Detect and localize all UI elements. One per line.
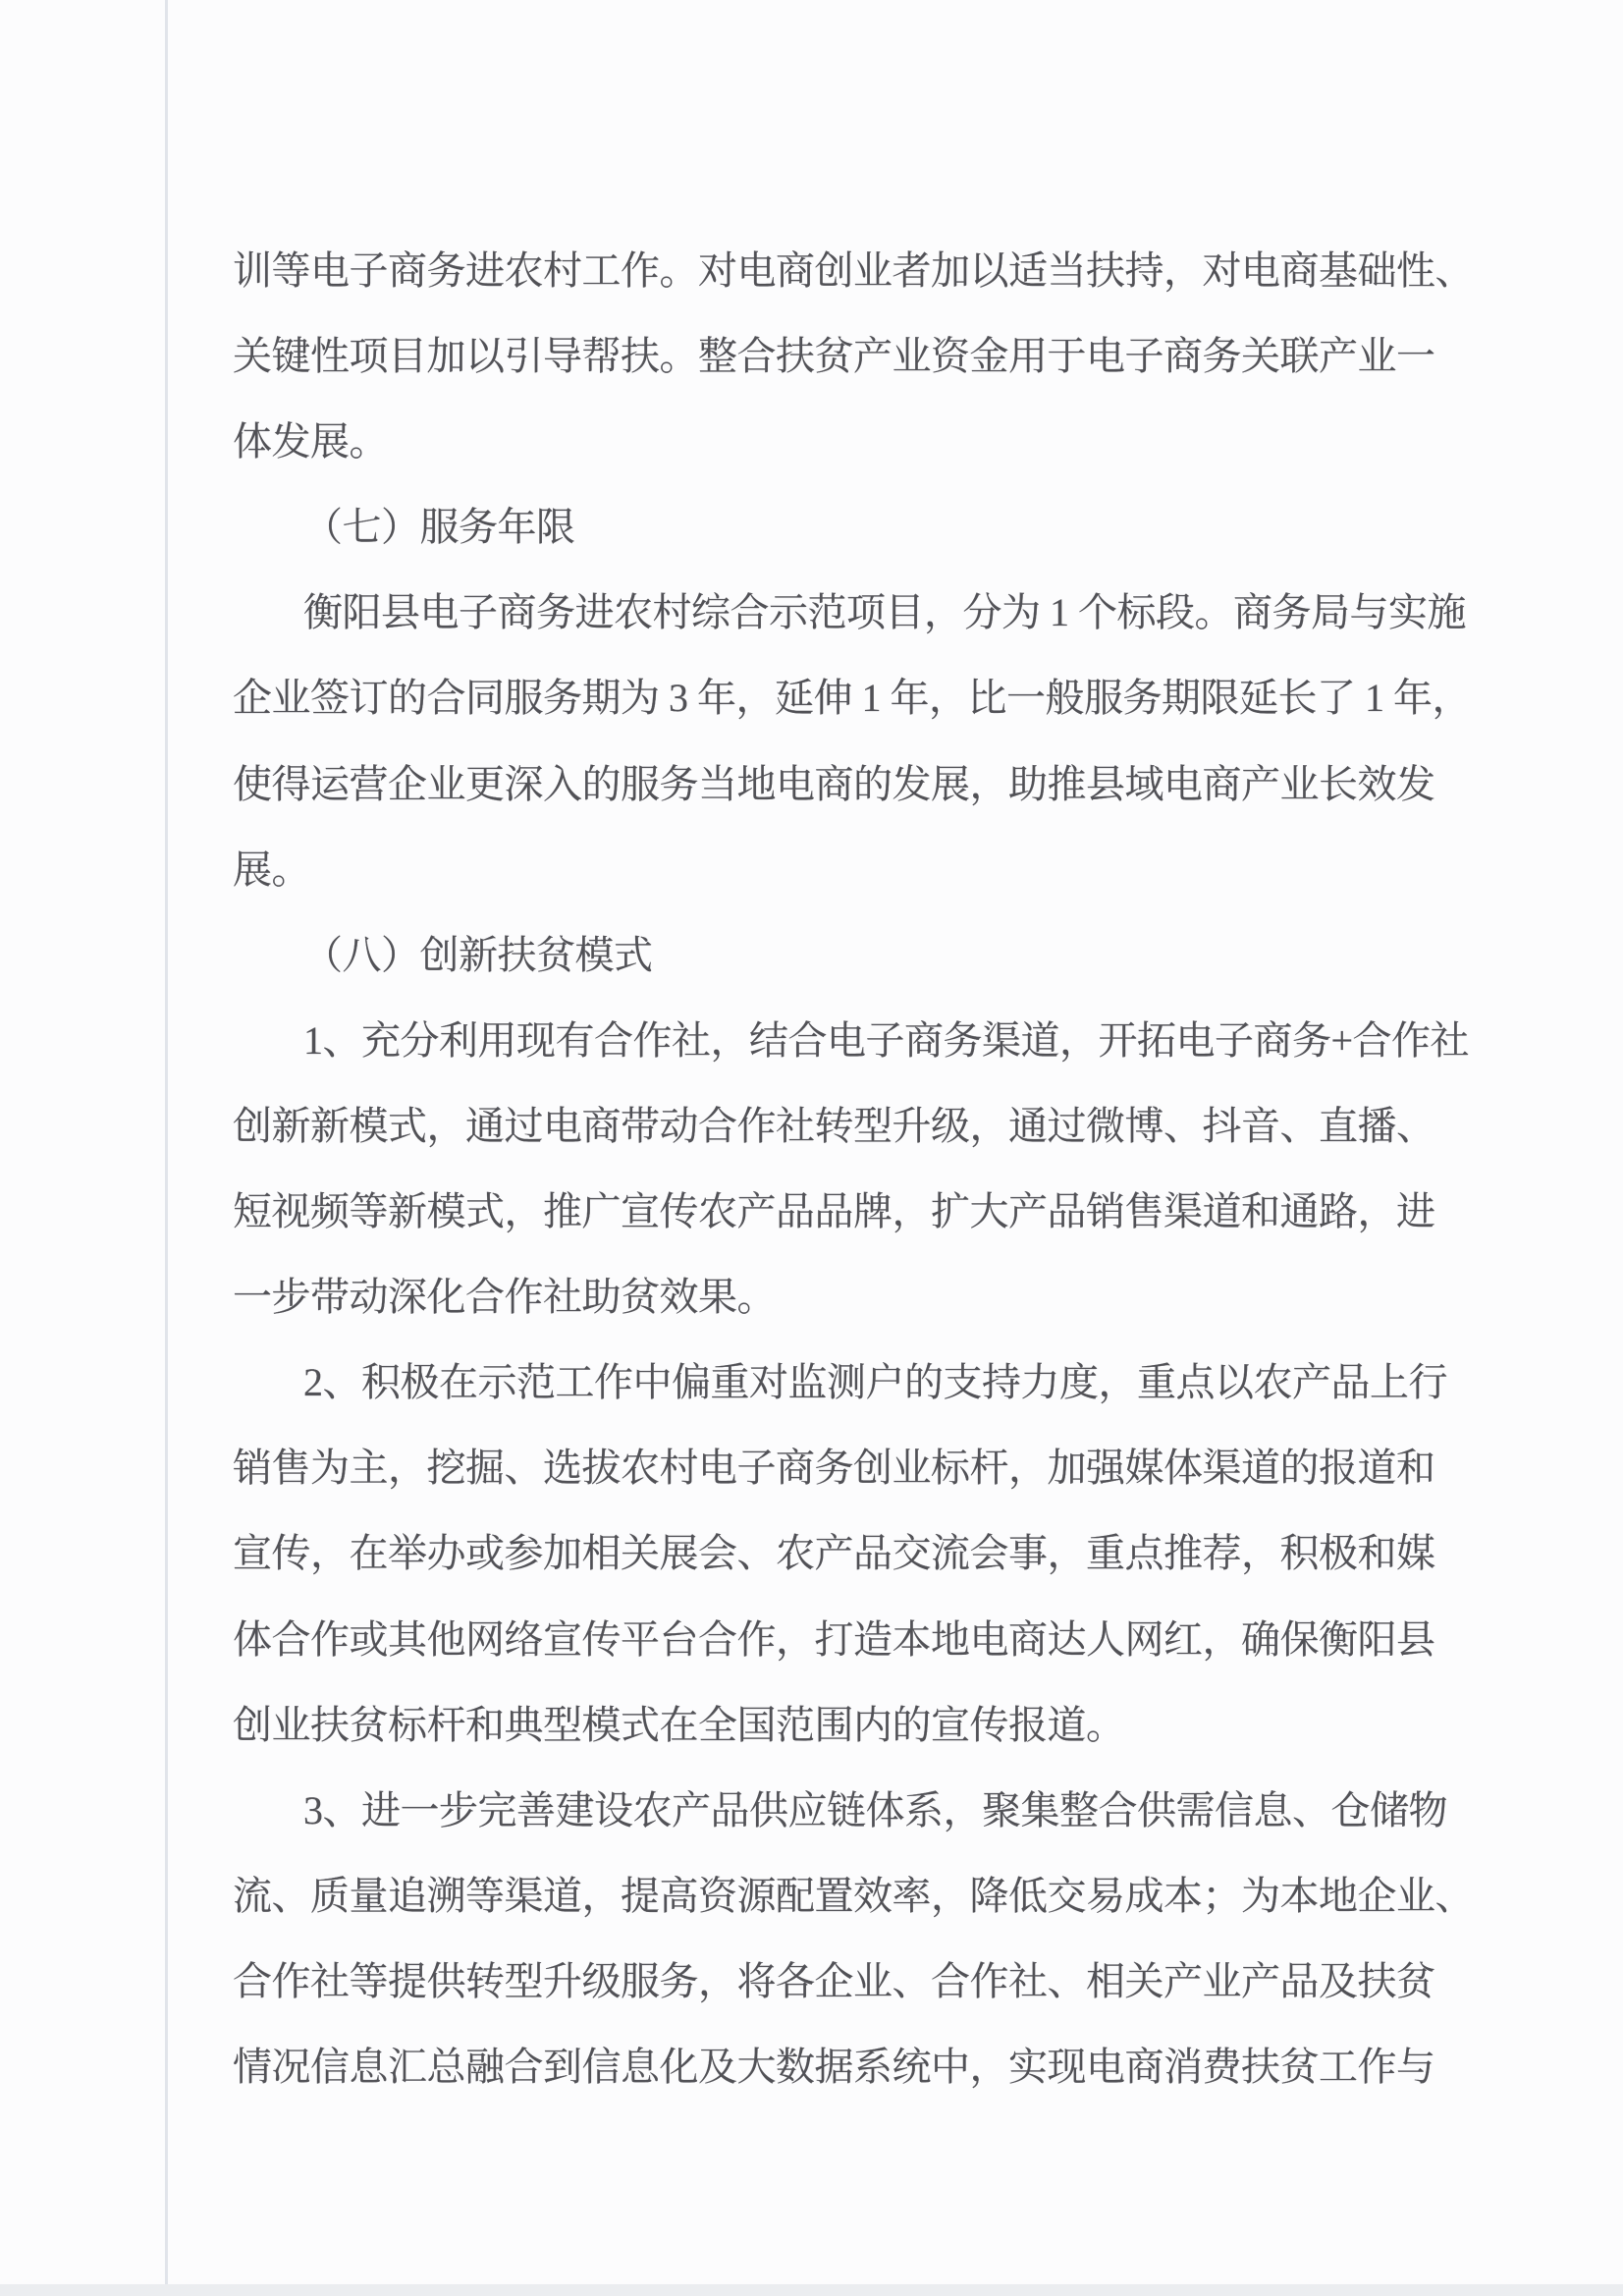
text-line: 流、质量追溯等渠道，提高资源配置效率，降低交易成本；为本地企业、 bbox=[233, 1853, 1460, 1939]
text-line: 2、积极在示范工作中偏重对监测户的支持力度，重点以农产品上行 bbox=[233, 1339, 1460, 1425]
text-line: 销售为主，挖掘、选拔农村电子商务创业标杆，加强媒体渠道的报道和 bbox=[233, 1425, 1460, 1510]
text-line: 3、进一步完善建设农产品供应链体系，聚集整合供需信息、仓储物 bbox=[233, 1768, 1460, 1853]
text-line: 体发展。 bbox=[233, 399, 1460, 484]
page-bottom-shadow bbox=[0, 2284, 1623, 2296]
text-line: 体合作或其他网络宣传平台合作，打造本地电商达人网红，确保衡阳县 bbox=[233, 1597, 1460, 1682]
text-line: 使得运营企业更深入的服务当地电商的发展，助推县域电商产业长效发 bbox=[233, 741, 1460, 827]
text-line: 创新新模式，通过电商带动合作社转型升级，通过微博、抖音、直播、 bbox=[233, 1083, 1460, 1169]
text-line: 合作社等提供转型升级服务，将各企业、合作社、相关产业产品及扶贫 bbox=[233, 1939, 1460, 2024]
text-line: 1、充分利用现有合作社，结合电子商务渠道，开拓电子商务+合作社 bbox=[233, 998, 1460, 1083]
text-line: 展。 bbox=[233, 827, 1460, 912]
page-fold-line bbox=[165, 0, 168, 2296]
text-line: 宣传，在举办或参加相关展会、农产品交流会事，重点推荐，积极和媒 bbox=[233, 1510, 1460, 1596]
document-body: 训等电子商务进农村工作。对电商创业者加以适当扶持，对电商基础性、关键性项目加以引… bbox=[233, 228, 1460, 2109]
text-line: 创业扶贫标杆和典型模式在全国范围内的宣传报道。 bbox=[233, 1682, 1460, 1768]
text-line: 企业签订的合同服务期为 3 年，延伸 1 年，比一般服务期限延长了 1 年， bbox=[233, 655, 1460, 740]
text-line: 短视频等新模式，推广宣传农产品品牌，扩大产品销售渠道和通路，进 bbox=[233, 1169, 1460, 1254]
text-line: （七）服务年限 bbox=[233, 484, 1460, 570]
text-line: 训等电子商务进农村工作。对电商创业者加以适当扶持，对电商基础性、 bbox=[233, 228, 1460, 313]
text-line: （八）创新扶贫模式 bbox=[233, 912, 1460, 998]
scanned-document-page: 训等电子商务进农村工作。对电商创业者加以适当扶持，对电商基础性、关键性项目加以引… bbox=[0, 0, 1623, 2296]
text-line: 一步带动深化合作社助贫效果。 bbox=[233, 1254, 1460, 1339]
text-line: 关键性项目加以引导帮扶。整合扶贫产业资金用于电子商务关联产业一 bbox=[233, 313, 1460, 399]
text-line: 衡阳县电子商务进农村综合示范项目，分为 1 个标段。商务局与实施 bbox=[233, 570, 1460, 655]
text-line: 情况信息汇总融合到信息化及大数据系统中，实现电商消费扶贫工作与 bbox=[233, 2024, 1460, 2109]
